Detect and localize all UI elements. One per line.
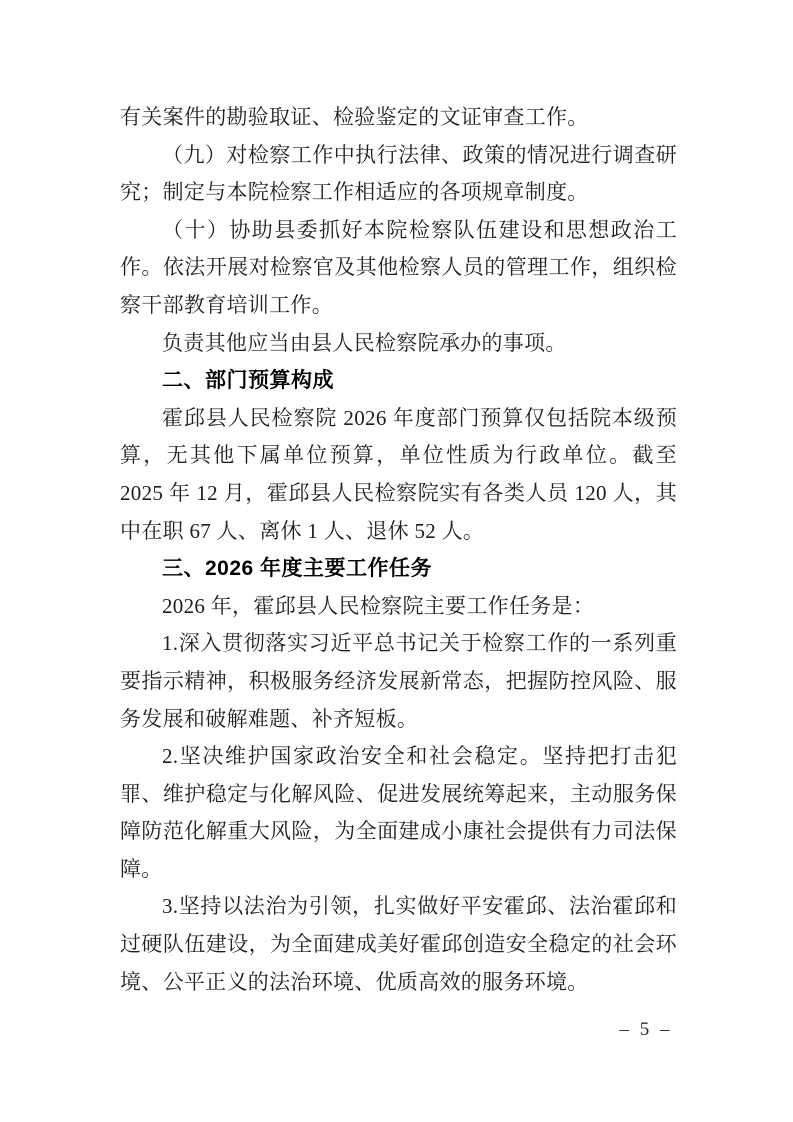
paragraph: 1.深入贯彻落实习近平总书记关于检察工作的一系列重要指示精神，积极服务经济发展新… [120, 625, 677, 738]
page-number: – 5 – [556, 1018, 736, 1042]
paragraph: 2.坚决维护国家政治安全和社会稳定。坚持把打击犯罪、维护稳定与化解风险、促进发展… [120, 738, 677, 888]
section-heading: 二、部门预算构成 [120, 362, 677, 400]
paragraph: 霍邱县人民检察院 2026 年度部门预算仅包括院本级预算，无其他下属单位预算，单… [120, 400, 677, 550]
paragraph: 3.坚持以法治为引领，扎实做好平安霍邱、法治霍邱和过硬队伍建设，为全面建成美好霍… [120, 888, 677, 1001]
section-heading: 三、2026 年度主要工作任务 [120, 550, 677, 588]
paragraph: 负责其他应当由县人民检察院承办的事项。 [120, 325, 677, 363]
paragraph: 2026 年，霍邱县人民检察院主要工作任务是： [120, 588, 677, 626]
paragraph: 有关案件的勘验取证、检验鉴定的文证审查工作。 [120, 99, 677, 137]
document-body: 有关案件的勘验取证、检验鉴定的文证审查工作。（九）对检察工作中执行法律、政策的情… [120, 99, 677, 1001]
document-page: 有关案件的勘验取证、检验鉴定的文证审查工作。（九）对检察工作中执行法律、政策的情… [0, 0, 793, 1122]
paragraph: （九）对检察工作中执行法律、政策的情况进行调查研究；制定与本院检察工作相适应的各… [120, 137, 677, 212]
paragraph: （十）协助县委抓好本院检察队伍建设和思想政治工作。依法开展对检察官及其他检察人员… [120, 212, 677, 325]
